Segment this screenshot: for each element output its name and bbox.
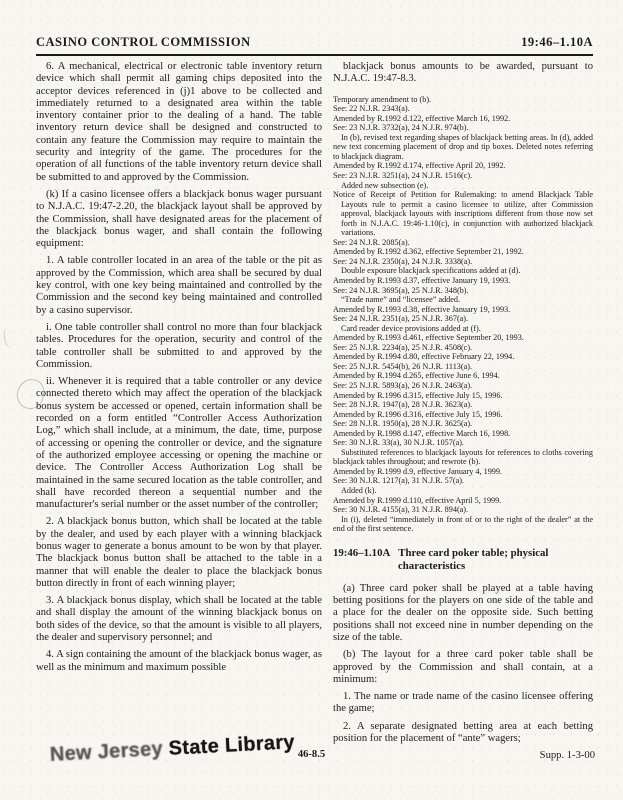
- page-number: 46-8.5: [0, 749, 623, 760]
- history-line: See: 24 N.J.R. 2085(a).: [333, 238, 593, 248]
- paragraph-k: (k) If a casino licensee offers a blackj…: [36, 189, 322, 250]
- paragraph-b2: 2. A separate designated betting area at…: [333, 721, 593, 746]
- left-column: 6. A mechanical, electrical or electroni…: [36, 61, 322, 679]
- scanned-regulation-page: CASINO CONTROL COMMISSION 19:46–1.10A 6.…: [0, 0, 623, 800]
- history-line: Amended by R.1999 d.9, effective January…: [333, 467, 593, 477]
- history-line: Temporary amendment to (b).: [333, 95, 593, 105]
- paragraph-k1ii: ii. Whenever it is required that a table…: [36, 376, 322, 511]
- history-line: Amended by R.1993 d.37, effective Januar…: [333, 276, 593, 286]
- history-line: See: 25 N.J.R. 5893(a), 26 N.J.R. 2463(a…: [333, 381, 593, 391]
- paragraph-a: (a) Three card poker shall be played at …: [333, 583, 593, 644]
- history-line: Amended by R.1999 d.110, effective April…: [333, 496, 593, 506]
- header-title: CASINO CONTROL COMMISSION: [36, 35, 251, 50]
- history-line: See: 28 N.J.R. 1947(a), 28 N.J.R. 3623(a…: [333, 400, 593, 410]
- history-line: Amended by R.1993 d.461, effective Septe…: [333, 333, 593, 343]
- history-line: See: 30 N.J.R. 1217(a), 31 N.J.R. 57(a).: [333, 476, 593, 486]
- history-line: “Trade name” and “licensee” added.: [333, 295, 593, 305]
- history-notes: Temporary amendment to (b). See: 22 N.J.…: [333, 95, 593, 534]
- history-line: Amended by R.1994 d.265, effective June …: [333, 371, 593, 381]
- pencil-mark-arc: [2, 327, 18, 349]
- paragraph-k2: 2. A blackjack bonus button, which shall…: [36, 516, 322, 590]
- history-line: In (i), deleted “immediately in front of…: [333, 515, 593, 534]
- right-column: blackjack bonus amounts to be awarded, p…: [333, 61, 593, 750]
- section-heading-number: 19:46–1.10A: [333, 547, 390, 559]
- history-line: See: 23 N.J.R. 3251(a), 24 N.J.R. 1516(c…: [333, 171, 593, 181]
- history-line: See: 25 N.J.R. 2234(a), 25 N.J.R. 4508(c…: [333, 343, 593, 353]
- paragraph-b: (b) The layout for a three card poker ta…: [333, 649, 593, 686]
- history-line: Amended by R.1992 d.362, effective Septe…: [333, 247, 593, 257]
- history-line: In (b), revised text regarding shapes of…: [333, 133, 593, 162]
- history-line: Double exposure blackjack specifications…: [333, 266, 593, 276]
- history-line: See: 24 N.J.R. 2351(a), 25 N.J.R. 367(a)…: [333, 314, 593, 324]
- history-line: Substituted references to blackjack layo…: [333, 448, 593, 467]
- section-heading: 19:46–1.10AThree card poker table; physi…: [333, 547, 593, 574]
- paragraph-k1: 1. A table controller located in an area…: [36, 255, 322, 316]
- history-line: Added new subsection (e).: [333, 181, 593, 191]
- page-header: CASINO CONTROL COMMISSION 19:46–1.10A: [36, 35, 593, 56]
- section-heading-title: Three card poker table; physical charact…: [398, 547, 548, 573]
- history-line: Amended by R.1996 d.316, effective July …: [333, 410, 593, 420]
- header-section-number: 19:46–1.10A: [521, 35, 593, 50]
- history-line: See: 30 N.J.R. 33(a), 30 N.J.R. 1057(a).: [333, 438, 593, 448]
- history-line: Notice of Receipt of Petition for Rulema…: [333, 190, 593, 238]
- history-line: See: 24 N.J.R. 2350(a), 24 N.J.R. 3338(a…: [333, 257, 593, 267]
- paragraph-k3: 3. A blackjack bonus display, which shal…: [36, 595, 322, 644]
- history-line: See: 22 N.J.R. 2343(a).: [333, 104, 593, 114]
- history-line: See: 24 N.J.R. 3695(a), 25 N.J.R. 348(b)…: [333, 286, 593, 296]
- history-line: Card reader device provisions added at (…: [333, 324, 593, 334]
- paragraph-continuation: blackjack bonus amounts to be awarded, p…: [333, 61, 593, 86]
- history-line: See: 30 N.J.R. 4155(a), 31 N.J.R. 894(a)…: [333, 505, 593, 515]
- history-line: Amended by R.1996 d.315, effective July …: [333, 391, 593, 401]
- history-line: Added (k).: [333, 486, 593, 496]
- supplement-date: Supp. 1-3-00: [540, 750, 595, 761]
- history-line: See: 28 N.J.R. 1950(a), 28 N.J.R. 3625(a…: [333, 419, 593, 429]
- history-line: See: 23 N.J.R. 3732(a), 24 N.J.R. 974(b)…: [333, 123, 593, 133]
- history-line: Amended by R.1993 d.38, effective Januar…: [333, 305, 593, 315]
- paragraph-k1i: i. One table controller shall control no…: [36, 322, 322, 371]
- paragraph-6: 6. A mechanical, electrical or electroni…: [36, 61, 322, 184]
- paragraph-b1: 1. The name or trade name of the casino …: [333, 691, 593, 716]
- history-line: Amended by R.1992 d.174, effective April…: [333, 161, 593, 171]
- history-line: Amended by R.1994 d.80, effective Februa…: [333, 352, 593, 362]
- history-line: Amended by R.1998 d.147, effective March…: [333, 429, 593, 439]
- paragraph-k4: 4. A sign containing the amount of the b…: [36, 649, 322, 674]
- history-line: See: 25 N.J.R. 5454(b), 26 N.J.R. 1113(a…: [333, 362, 593, 372]
- history-line: Amended by R.1992 d.122, effective March…: [333, 114, 593, 124]
